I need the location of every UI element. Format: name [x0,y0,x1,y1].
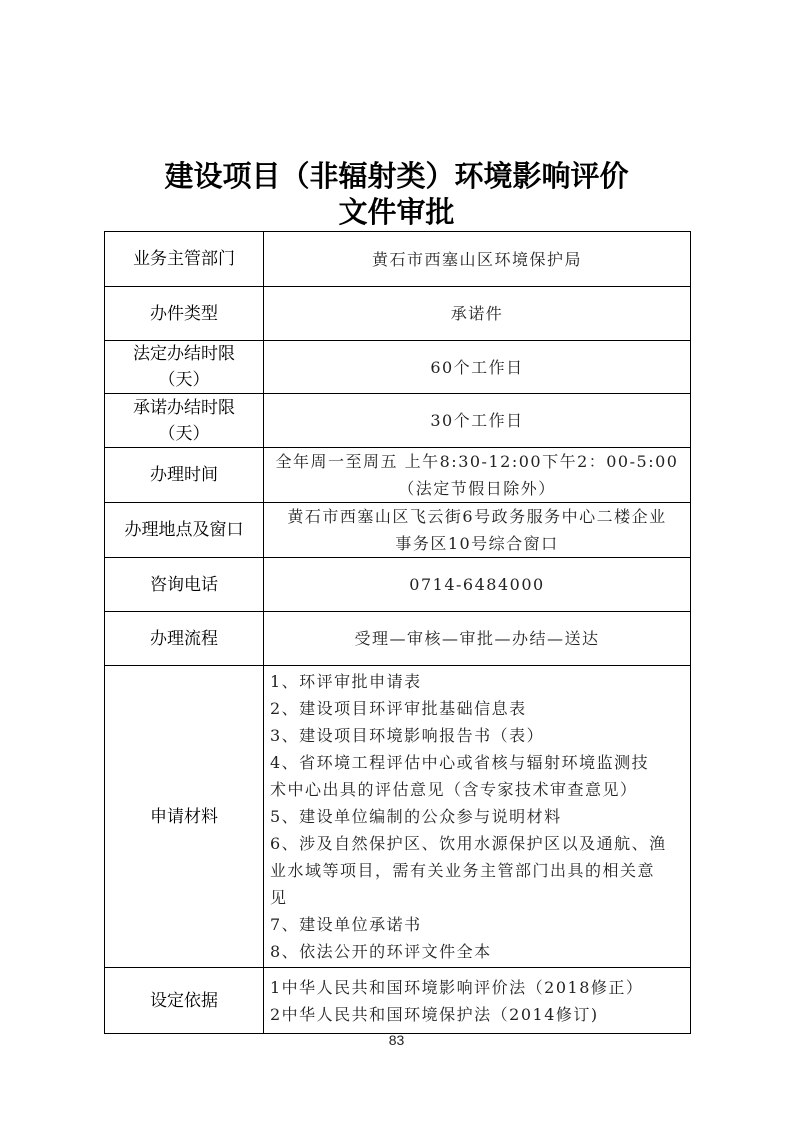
value-line: 黄石市西塞山区飞云街6号政务服务中心二楼企业 [264,503,690,530]
row-label: 法定办结时限 （天） [105,341,264,394]
row-value: 全年周一至周五 上午8:30-12:00下午2：00-5:00 （法定节假日除外… [264,448,691,503]
table-row-case-type: 办件类型 承诺件 [105,287,691,341]
value-line: 事务区10号综合窗口 [264,530,690,557]
table-row-process: 办理流程 受理—审核—审批—办结—送达 [105,612,691,666]
document-title-line-2: 文件审批 [0,194,793,230]
row-label: 申请材料 [105,666,264,968]
value-line: （法定节假日除外） [264,475,690,502]
table-row-phone: 咨询电话 0714-6484000 [105,558,691,612]
table-row-materials: 申请材料 1、环评审批申请表 2、建设项目环评审批基础信息表 3、建设项目环境影… [105,666,691,968]
row-label: 咨询电话 [105,558,264,612]
basis-item: 2中华人民共和国环境保护法（2014修订) [270,1001,684,1028]
material-item: 业水域等项目，需有关业务主管部门出具的相关意 [270,857,684,884]
material-item: 6、涉及自然保护区、饮用水源保护区以及通航、渔 [270,830,684,857]
material-item: 见 [270,884,684,911]
row-label: 办理地点及窗口 [105,503,264,558]
value-line: 全年周一至周五 上午8:30-12:00下午2：00-5:00 [264,448,690,475]
row-label: 业务主管部门 [105,232,264,287]
value-line: 60个工作日 [264,354,690,381]
table-row-legal-basis: 设定依据 1中华人民共和国环境影响评价法（2018修正） 2中华人民共和国环境保… [105,968,691,1034]
value-line: 黄石市西塞山区环境保护局 [264,246,690,273]
material-item: 7、建设单位承诺书 [270,911,684,938]
label-line: （天） [105,367,263,393]
row-label: 办理流程 [105,612,264,666]
material-item: 2、建设项目环评审批基础信息表 [270,695,684,722]
row-value: 0714-6484000 [264,558,691,612]
material-item: 术中心出具的评估意见（含专家技术审查意见） [270,776,684,803]
value-line: 30个工作日 [264,407,690,434]
material-item: 8、依法公开的环评文件全本 [270,938,684,965]
label-line: 法定办结时限 [105,341,263,367]
value-line: 承诺件 [264,300,690,327]
table-row-location: 办理地点及窗口 黄石市西塞山区飞云街6号政务服务中心二楼企业 事务区10号综合窗… [105,503,691,558]
row-label: 承诺办结时限 （天） [105,394,264,448]
row-value: 1、环评审批申请表 2、建设项目环评审批基础信息表 3、建设项目环境影响报告书（… [264,666,691,968]
material-item: 3、建设项目环境影响报告书（表） [270,722,684,749]
material-item: 5、建设单位编制的公众参与说明材料 [270,803,684,830]
row-value: 30个工作日 [264,394,691,448]
document-title-line-1: 建设项目（非辐射类）环境影响评价 [0,158,793,194]
basis-item: 1中华人民共和国环境影响评价法（2018修正） [270,974,684,1001]
phone-number: 0714-6484000 [264,571,690,598]
page-number: 83 [0,1032,793,1048]
row-value: 60个工作日 [264,341,691,394]
row-value: 黄石市西塞山区环境保护局 [264,232,691,287]
row-value: 1中华人民共和国环境影响评价法（2018修正） 2中华人民共和国环境保护法（20… [264,968,691,1034]
label-line: （天） [105,421,263,447]
value-line: 受理—审核—审批—办结—送达 [264,625,690,652]
row-label: 办件类型 [105,287,264,341]
row-value: 受理—审核—审批—办结—送达 [264,612,691,666]
table-row-promised-time-limit: 承诺办结时限 （天） 30个工作日 [105,394,691,448]
row-value: 黄石市西塞山区飞云街6号政务服务中心二楼企业 事务区10号综合窗口 [264,503,691,558]
table-row-office-hours: 办理时间 全年周一至周五 上午8:30-12:00下午2：00-5:00 （法定… [105,448,691,503]
table-row-department: 业务主管部门 黄石市西塞山区环境保护局 [105,232,691,287]
material-item: 4、省环境工程评估中心或省核与辐射环境监测技 [270,749,684,776]
row-label: 办理时间 [105,448,264,503]
row-label: 设定依据 [105,968,264,1034]
approval-info-table: 业务主管部门 黄石市西塞山区环境保护局 办件类型 承诺件 法定办结时限 （天） … [104,231,691,1034]
table-row-legal-time-limit: 法定办结时限 （天） 60个工作日 [105,341,691,394]
material-item: 1、环评审批申请表 [270,668,684,695]
label-line: 承诺办结时限 [105,395,263,421]
row-value: 承诺件 [264,287,691,341]
